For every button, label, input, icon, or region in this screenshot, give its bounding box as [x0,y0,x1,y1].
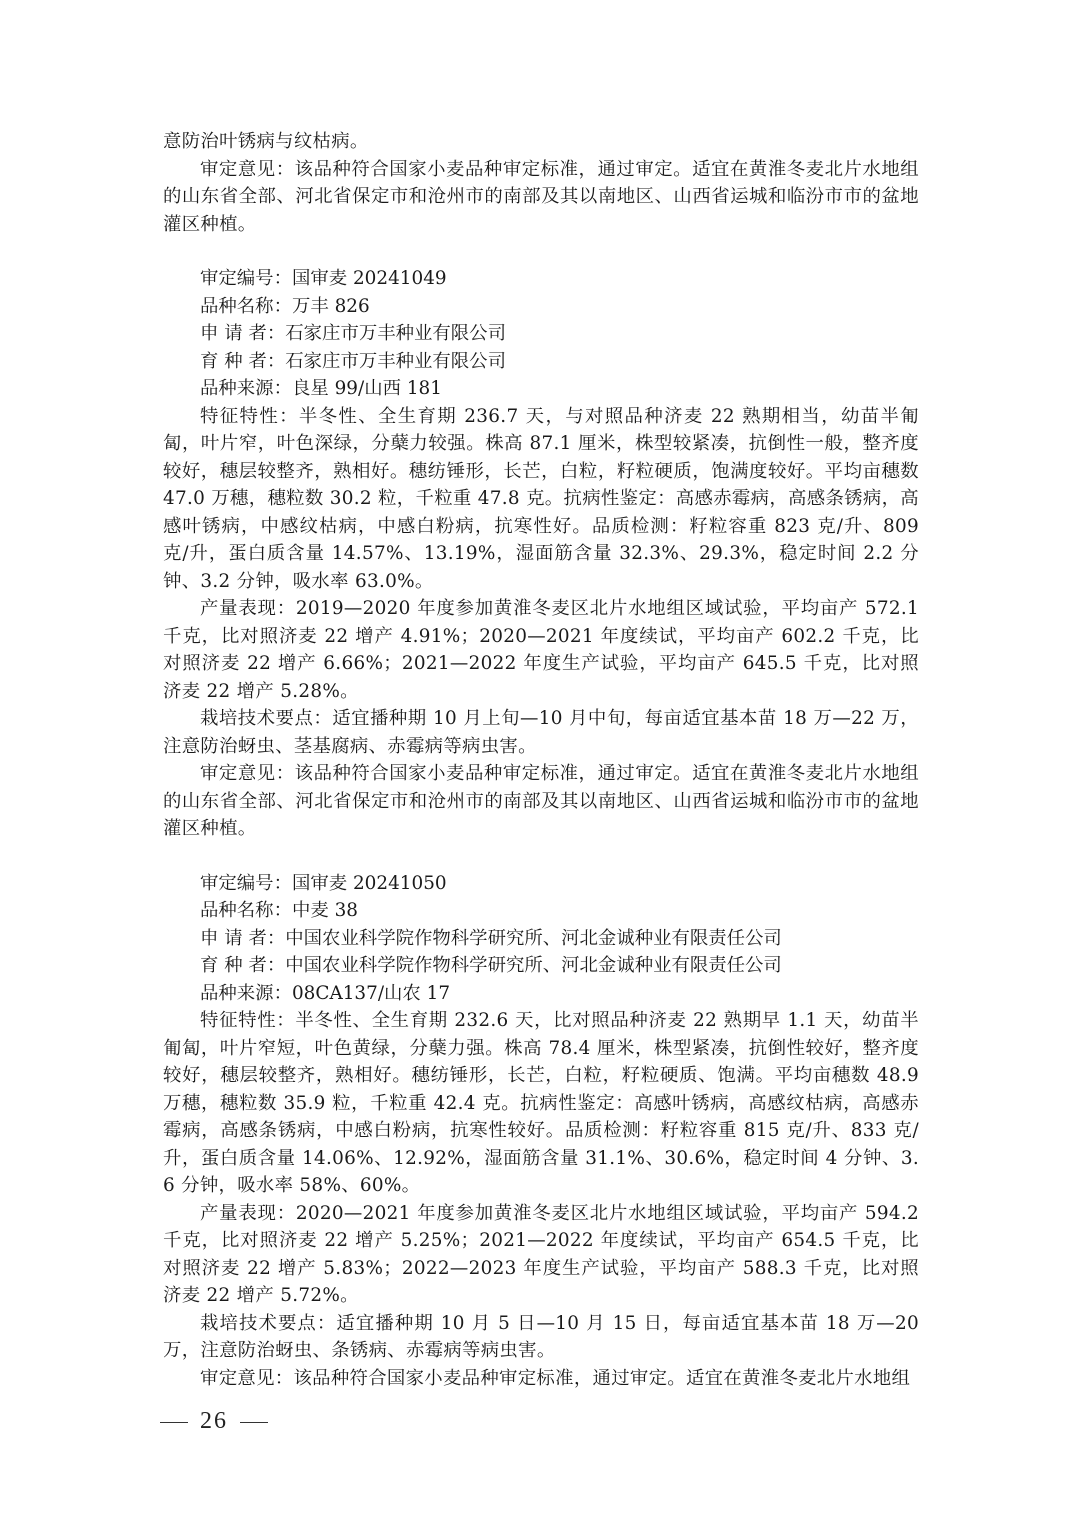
field-label: 审定编号： [200,870,292,898]
variety-entry-2: 审定编号：国审麦 20241050 品种名称：中麦 38 申 请 者：中国农业科… [163,870,919,1393]
page-number: 26 [200,1408,228,1434]
field-value: 中国农业科学院作物科学研究所、河北金诚种业有限责任公司 [285,928,782,949]
field-label: 品种名称： [200,897,292,925]
field-value: 石家庄市万丰种业有限公司 [285,323,506,344]
field-origin: 品种来源：08CA137/山农 17 [163,980,919,1008]
field-value: 08CA137/山农 17 [292,983,450,1004]
field-breeder: 育 种 者：石家庄市万丰种业有限公司 [163,348,919,376]
yield-paragraph: 产量表现：2019—2020 年度参加黄淮冬麦区北片水地组区域试验，平均亩产 5… [163,595,919,705]
characteristics-paragraph: 特征特性：半冬性、全生育期 236.7 天，与对照品种济麦 22 熟期相当，幼苗… [163,403,919,596]
variety-entry-1: 审定编号：国审麦 20241049 品种名称：万丰 826 申 请 者：石家庄市… [163,265,919,843]
field-label: 育 种 者： [200,952,285,980]
field-origin: 品种来源：良星 99/山西 181 [163,375,919,403]
opinion-paragraph: 审定意见：该品种符合国家小麦品种审定标准，通过审定。适宜在黄淮冬麦北片水地组 [163,1365,919,1393]
field-label: 品种来源： [200,375,292,403]
field-approval-number: 审定编号：国审麦 20241050 [163,870,919,898]
field-applicant: 申 请 者：石家庄市万丰种业有限公司 [163,320,919,348]
field-value: 中麦 38 [292,900,358,921]
dash-left-decoration [160,1422,188,1423]
yield-paragraph: 产量表现：2020—2021 年度参加黄淮冬麦区北片水地组区域试验，平均亩产 5… [163,1200,919,1310]
field-label: 审定编号： [200,265,292,293]
dash-right-decoration [240,1422,268,1423]
field-value: 良星 99/山西 181 [292,378,442,399]
field-label: 申 请 者： [200,320,285,348]
field-approval-number: 审定编号：国审麦 20241049 [163,265,919,293]
field-label: 品种名称： [200,293,292,321]
page-footer: 26 [148,1408,280,1435]
field-label: 申 请 者： [200,925,285,953]
section-gap [163,843,919,870]
field-value: 石家庄市万丰种业有限公司 [285,351,506,372]
field-value: 国审麦 20241050 [292,873,447,894]
document-page: 意防治叶锈病与纹枯病。 审定意见：该品种符合国家小麦品种审定标准，通过审定。适宜… [163,128,919,1392]
opinion-paragraph: 审定意见：该品种符合国家小麦品种审定标准，通过审定。适宜在黄淮冬麦北片水地组的山… [163,760,919,843]
cultivation-paragraph: 栽培技术要点：适宜播种期 10 月 5 日—10 月 15 日，每亩适宜基本苗 … [163,1310,919,1365]
continuation-text: 意防治叶锈病与纹枯病。 [163,128,919,156]
continuation-opinion: 审定意见：该品种符合国家小麦品种审定标准，通过审定。适宜在黄淮冬麦北片水地组的山… [163,156,919,239]
field-label: 育 种 者： [200,348,285,376]
cultivation-paragraph: 栽培技术要点：适宜播种期 10 月上旬—10 月中旬，每亩适宜基本苗 18 万—… [163,705,919,760]
field-value: 国审麦 20241049 [292,268,447,289]
field-label: 品种来源： [200,980,292,1008]
characteristics-paragraph: 特征特性：半冬性、全生育期 232.6 天，比对照品种济麦 22 熟期早 1.1… [163,1007,919,1200]
field-variety-name: 品种名称：万丰 826 [163,293,919,321]
field-value: 万丰 826 [292,296,370,317]
field-applicant: 申 请 者：中国农业科学院作物科学研究所、河北金诚种业有限责任公司 [163,925,919,953]
section-gap [163,238,919,265]
field-variety-name: 品种名称：中麦 38 [163,897,919,925]
field-value: 中国农业科学院作物科学研究所、河北金诚种业有限责任公司 [285,955,782,976]
field-breeder: 育 种 者：中国农业科学院作物科学研究所、河北金诚种业有限责任公司 [163,952,919,980]
